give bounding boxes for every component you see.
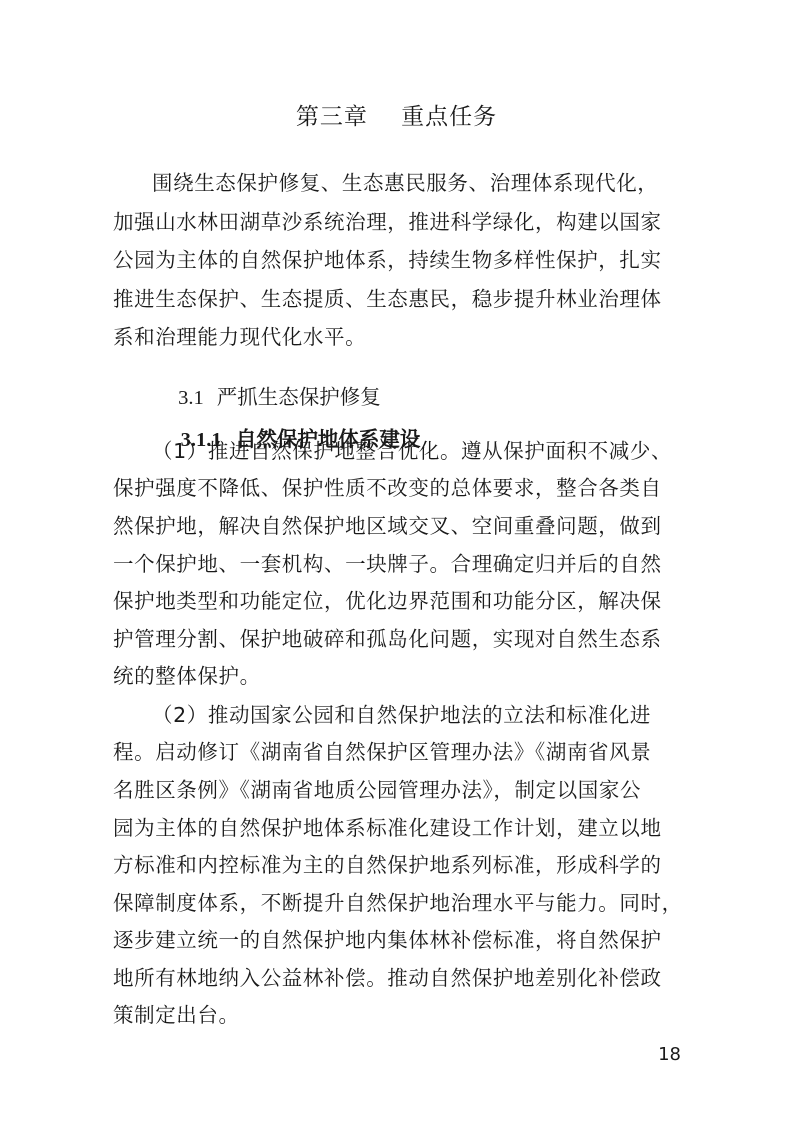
intro-line: 推进生态保护、生态提质、生态惠民，稳步提升林业治理体	[113, 282, 662, 312]
para1-line: （1）推进自然保护地整合优化。遵从保护面积不减少、	[152, 434, 672, 464]
para2-line: 策制定出台。	[113, 998, 240, 1028]
para1-line: 然保护地，解决自然保护地区域交叉、空间重叠问题，做到	[113, 509, 662, 539]
para1-line: 统的整体保护。	[113, 659, 261, 689]
para2-line: 方标准和内控标准为主的自然保护地系列标准，形成科学的	[113, 848, 662, 878]
chapter-title: 第三章 重点任务	[0, 98, 793, 131]
para2-line: 保障制度体系，不断提升自然保护地治理水平与能力。同时，	[113, 886, 683, 916]
page-number: 18	[658, 1044, 681, 1065]
para1-line: 护管理分割、保护地破碎和孤岛化问题，实现对自然生态系	[113, 622, 662, 652]
para2-line: 园为主体的自然保护地体系标准化建设工作计划，建立以地	[113, 811, 662, 841]
para2-line: 程。启动修订《湖南省自然保护区管理办法》《湖南省风景	[113, 735, 651, 765]
intro-line: 加强山水林田湖草沙系统治理，推进科学绿化，构建以国家	[113, 205, 662, 235]
intro-line: 公园为主体的自然保护地体系，持续生物多样性保护，扎实	[113, 243, 662, 273]
para2-line: 逐步建立统一的自然保护地内集体林补偿标准，将自然保护	[113, 923, 662, 953]
intro-line: 围绕生态保护修复、生态惠民服务、治理体系现代化，	[152, 166, 658, 196]
para2-line: （2）推动国家公园和自然保护地法的立法和标准化进	[152, 698, 651, 728]
intro-line: 系和治理能力现代化水平。	[113, 320, 366, 350]
para1-line: 保护地类型和功能定位，优化边界范围和功能分区，解决保	[113, 584, 662, 614]
para2-line: 名胜区条例》《湖南省地质公园管理办法》，制定以国家公	[113, 773, 641, 803]
document-page: 第三章 重点任务 围绕生态保护修复、生态惠民服务、治理体系现代化， 加强山水林田…	[0, 0, 793, 1122]
para1-line: 一个保护地、一套机构、一块牌子。合理确定归并后的自然	[113, 547, 662, 577]
para1-line: 保护强度不降低、保护性质不改变的总体要求，整合各类自	[113, 471, 662, 501]
para2-line: 地所有林地纳入公益林补偿。推动自然保护地差别化补偿政	[113, 961, 662, 991]
